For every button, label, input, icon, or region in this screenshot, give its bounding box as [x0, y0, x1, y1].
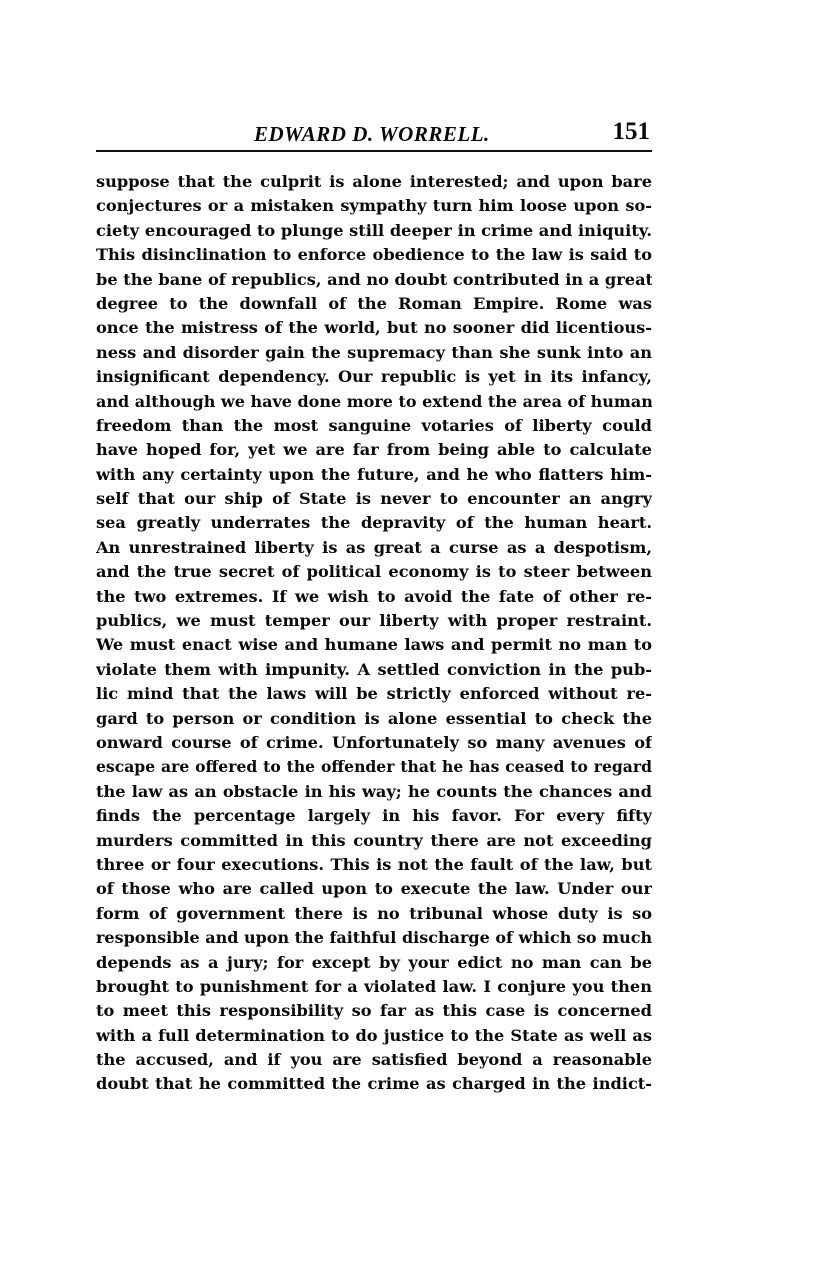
body-text: suppose that the culprit is alone intere…: [96, 170, 652, 1097]
text-line: brought to punishment for a violated law…: [96, 975, 652, 999]
text-line: finds the percentage largely in his favo…: [96, 804, 652, 828]
text-line: doubt that he committed the crime as cha…: [96, 1072, 652, 1096]
text-line: freedom than the most sanguine votaries …: [96, 414, 652, 438]
text-line: conjectures or a mistaken sympathy turn …: [96, 194, 652, 218]
text-line: with a full determination to do justice …: [96, 1024, 652, 1048]
text-line: escape are offered to the offender that …: [96, 755, 652, 779]
text-line: responsible and upon the faithful discha…: [96, 926, 652, 950]
text-line: three or four executions. This is not th…: [96, 853, 652, 877]
text-line: the two extremes. If we wish to avoid th…: [96, 585, 652, 609]
text-line: the accused, and if you are satisfied be…: [96, 1048, 652, 1072]
text-line: and although we have done more to extend…: [96, 390, 652, 414]
text-line: be the bane of republics, and no doubt c…: [96, 268, 652, 292]
text-line: ciety encouraged to plunge still deeper …: [96, 219, 652, 243]
text-line: lic mind that the laws will be strictly …: [96, 682, 652, 706]
running-title: EDWARD D. WORRELL.: [254, 122, 490, 147]
text-line: have hoped for, yet we are far from bein…: [96, 438, 652, 462]
text-line: An unrestrained liberty is as great a cu…: [96, 536, 652, 560]
text-line: once the mistress of the world, but no s…: [96, 316, 652, 340]
text-line: with any certainty upon the future, and …: [96, 463, 652, 487]
text-line: publics, we must temper our liberty with…: [96, 609, 652, 633]
text-line: We must enact wise and humane laws and p…: [96, 633, 652, 657]
text-line: self that our ship of State is never to …: [96, 487, 652, 511]
text-line: depends as a jury; for except by your ed…: [96, 951, 652, 975]
text-line: This disinclination to enforce obedience…: [96, 243, 652, 267]
text-line: suppose that the culprit is alone intere…: [96, 170, 652, 194]
text-line: and the true secret of political economy…: [96, 560, 652, 584]
text-line: to meet this responsibility so far as th…: [96, 999, 652, 1023]
text-line: murders committed in this country there …: [96, 829, 652, 853]
text-line: the law as an obstacle in his way; he co…: [96, 780, 652, 804]
text-line: violate them with impunity. A settled co…: [96, 658, 652, 682]
text-line: gard to person or condition is alone ess…: [96, 707, 652, 731]
text-line: onward course of crime. Unfortunately so…: [96, 731, 652, 755]
text-line: degree to the downfall of the Roman Empi…: [96, 292, 652, 316]
header-rule: [96, 150, 652, 152]
text-line: ness and disorder gain the supremacy tha…: [96, 341, 652, 365]
text-line: sea greatly underrates the depravity of …: [96, 511, 652, 535]
text-line: form of government there is no tribunal …: [96, 902, 652, 926]
page-number: 151: [613, 118, 651, 146]
running-head: EDWARD D. WORRELL. 151: [96, 118, 652, 152]
text-line: insignificant dependency. Our republic i…: [96, 365, 652, 389]
text-line: of those who are called upon to execute …: [96, 877, 652, 901]
